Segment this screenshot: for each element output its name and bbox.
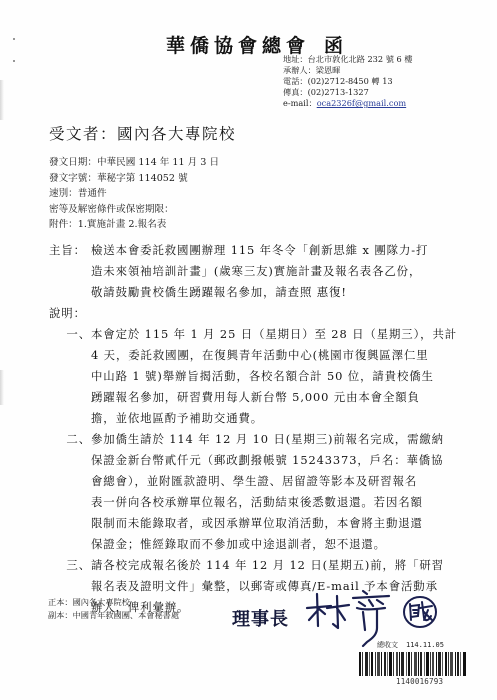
contact-address: 地址：台北市敦化北路 232 號 6 樓 xyxy=(283,54,413,65)
distribution-list: 正本：國內各大專院校 副本：中國青年救國團、本會秘書處 xyxy=(48,596,179,622)
document-meta: 發文日期：中華民國 114 年 11 月 3 日 發文字號：華秘字第 11405… xyxy=(49,155,219,233)
confidentiality: 密等及解密條件或保密期限： xyxy=(49,202,219,218)
scan-dot xyxy=(13,38,15,40)
scan-artifact xyxy=(0,80,4,120)
item-line: 擔，並依地區酌予補助交通費。 xyxy=(91,408,463,429)
item-line: 限制而未能錄取者，或因承辦單位取消活動，本會將主動退還 xyxy=(91,513,463,534)
item-line: 保證金新台幣貳仟元（郵政劃撥帳號 15243373，戶名：華僑協 xyxy=(91,450,463,471)
document-page: 華僑協會總會函 地址：台北市敦化北路 232 號 6 樓 承辦人：梁恩暉 電話：… xyxy=(0,0,497,700)
item-line: 表一併向各校承辦單位報名，活動結束後悉數退還。若因名額 xyxy=(91,492,463,513)
contact-email-row: e-mail：oca2326f@gmail.com xyxy=(283,98,413,109)
item-line: 踴躍報名參加，研習費用每人新台幣 5,000 元由本會全額負 xyxy=(91,387,463,408)
original-recipients: 正本：國內各大專院校 xyxy=(48,596,179,609)
recipient: 受文者：國內各大專院校 xyxy=(49,122,236,144)
item-line: 會總會），並附匯款證明、學生證、居留證等影本及研習報名 xyxy=(91,471,463,492)
chairman-title: 理事長 xyxy=(232,605,289,631)
contact-phone: 電話：(02)2712-8450 轉 13 xyxy=(283,76,413,87)
subject-line: 造未來領袖培訓計畫」(歲寒三友)實施計畫及報名表各乙份， xyxy=(91,261,463,282)
item-number: 二、 xyxy=(49,429,91,555)
item-number: 一、 xyxy=(49,324,91,429)
subject-label: 主旨： xyxy=(49,240,91,303)
subject-line: 檢送本會委託救國團辦理 115 年冬令「創新思維 x 團隊力-打 xyxy=(91,240,463,261)
scan-dot xyxy=(13,60,15,62)
receipt-date: 114.11.05 xyxy=(406,641,444,649)
receipt-label: 總收文 xyxy=(377,641,398,649)
item-line: 中山路 1 號)舉辦旨揭活動，各校名額合計 50 位，請貴校僑生 xyxy=(91,366,463,387)
attachments: 附件：1.實施計畫 2.報名表 xyxy=(49,217,219,233)
document-body: 主旨： 檢送本會委託救國團辦理 115 年冬令「創新思維 x 團隊力-打 造未來… xyxy=(49,240,489,618)
contact-email-link[interactable]: oca2326f@gmail.com xyxy=(317,98,406,108)
cc-recipients: 副本：中國青年救國團、本會秘書處 xyxy=(48,609,179,622)
item-line: 請各校完成報名後於 114 年 12 月 12 日(星期五)前，將「研習 xyxy=(91,555,463,576)
subject-text: 檢送本會委託救國團辦理 115 年冬令「創新思維 x 團隊力-打 造未來領袖培訓… xyxy=(91,240,463,303)
subject-line: 敬請鼓勵貴校僑生踴躍報名參加，請查照 惠復! xyxy=(91,282,463,303)
description-item-1: 一、 本會定於 115 年 1 月 25 日（星期日）至 28 日（星期三），共… xyxy=(49,324,489,429)
issue-date: 發文日期：中華民國 114 年 11 月 3 日 xyxy=(49,155,219,171)
item-text: 參加僑生請於 114 年 12 月 10 日(星期三)前報名完成，需繳納 保證金… xyxy=(91,429,463,555)
contact-handler: 承辦人：梁恩暉 xyxy=(283,65,413,76)
document-number: 發文字號：華秘字第 114052 號 xyxy=(49,171,219,187)
receipt-stamp: 總收文114.11.05 xyxy=(377,640,444,650)
subject: 主旨： 檢送本會委託救國團辦理 115 年冬令「創新思維 x 團隊力-打 造未來… xyxy=(49,240,489,303)
contact-block: 地址：台北市敦化北路 232 號 6 樓 承辦人：梁恩暉 電話：(02)2712… xyxy=(283,54,413,109)
item-line: 保證金；惟經錄取而不參加或中途退訓者，恕不退還。 xyxy=(91,534,463,555)
item-line: 4 天，委託救國團，在復興青年活動中心(桃園市復興區澤仁里 xyxy=(91,345,463,366)
contact-fax: 傳真：(02)2713-1327 xyxy=(283,87,413,98)
barcode-number: 1140016793 xyxy=(396,677,443,686)
item-line: 本會定於 115 年 1 月 25 日（星期日）至 28 日（星期三），共計 xyxy=(91,324,463,345)
description-label: 說明： xyxy=(49,303,489,324)
personal-seal-icon xyxy=(402,594,438,630)
contact-email-label: e-mail： xyxy=(283,98,317,108)
barcode-icon xyxy=(359,652,473,676)
scan-artifact xyxy=(0,370,4,405)
handwritten-signature-icon xyxy=(305,588,417,648)
item-text: 本會定於 115 年 1 月 25 日（星期日）至 28 日（星期三），共計 4… xyxy=(91,324,463,429)
description-item-2: 二、 參加僑生請於 114 年 12 月 10 日(星期三)前報名完成，需繳納 … xyxy=(49,429,489,555)
item-line: 參加僑生請於 114 年 12 月 10 日(星期三)前報名完成，需繳納 xyxy=(91,429,463,450)
delivery-speed: 速別：普通件 xyxy=(49,186,219,202)
